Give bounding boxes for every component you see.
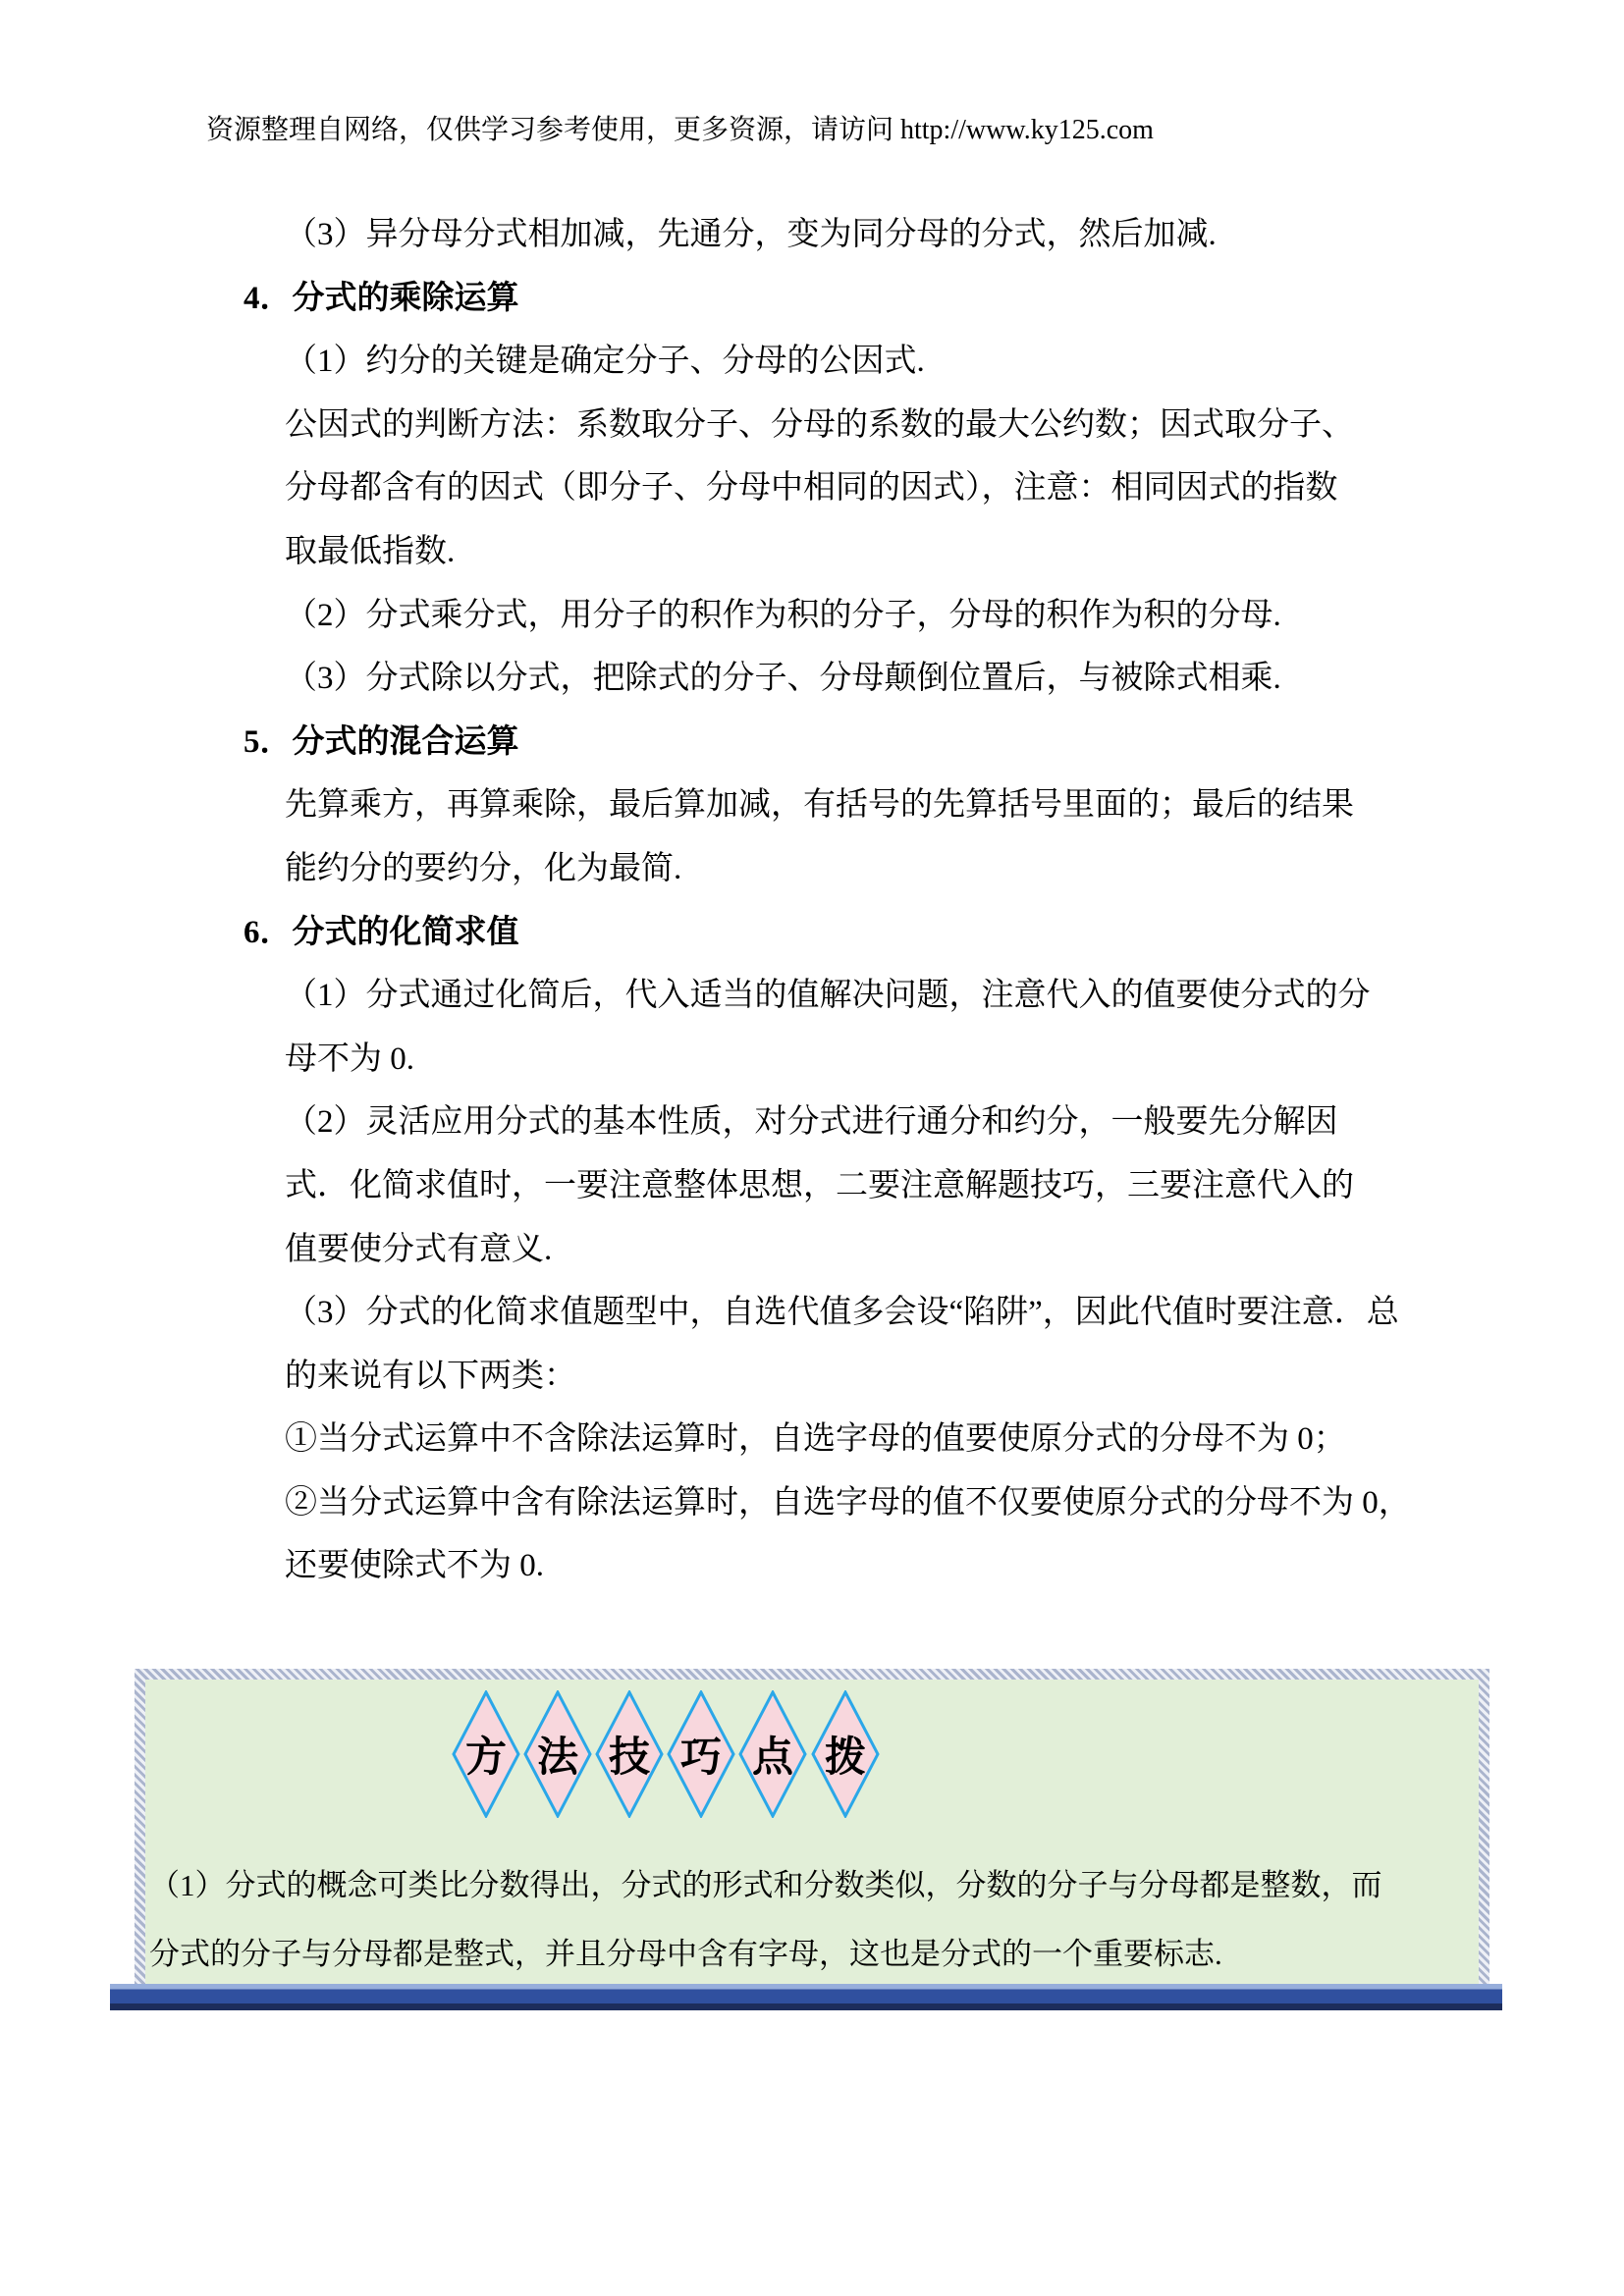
diamond-char: 拨 [811, 1690, 880, 1818]
diamond-shape: 点 [738, 1690, 807, 1818]
doc-line: （3）分式的化简求值题型中，自选代值多会设“陷阱”，因此代值时要注意．总 [244, 1281, 1579, 1345]
doc-line: ②当分式运算中含有除法运算时，自选字母的值不仅要使原分式的分母不为 0， [244, 1471, 1579, 1535]
doc-line: 先算乘方，再算乘除，最后算加减，有括号的先算括号里面的；最后的结果 [244, 774, 1579, 837]
doc-line: （1）分式通过化简后，代入适当的值解决问题，注意代入的值要使分式的分 [244, 964, 1579, 1028]
doc-line: 式．化简求值时，一要注意整体思想，二要注意解题技巧，三要注意代入的 [244, 1154, 1579, 1218]
doc-line: （2）分式乘分式，用分子的积作为积的分子，分母的积作为积的分母. [244, 584, 1579, 648]
diamond-shape: 技 [595, 1690, 664, 1818]
section-heading: 6．分式的化简求值 [244, 901, 1579, 965]
method-box-line: （1）分式的概念可类比分数得出，分式的形式和分数类似，分数的分子与分母都是整数，… [149, 1851, 1485, 1920]
doc-line: ①当分式运算中不含除法运算时，自选字母的值要使原分式的分母不为 0； [244, 1408, 1579, 1471]
doc-line: （2）灵活应用分式的基本性质，对分式进行通分和约分，一般要先分解因 [244, 1091, 1579, 1154]
diamond-char: 法 [523, 1690, 592, 1818]
document-page: { "header": { "text": "资源整理自网络，仅供学习参考使用，… [0, 0, 1624, 2296]
doc-line: 分母都含有的因式（即分子、分母中相同的因式），注意：相同因式的指数 [244, 456, 1579, 520]
doc-line: 值要使分式有意义. [244, 1218, 1579, 1282]
section-heading: 5．分式的混合运算 [244, 711, 1579, 774]
doc-line: 还要使除式不为 0. [244, 1534, 1579, 1598]
diamond-char: 巧 [667, 1690, 735, 1818]
notes-section: （3）异分母分式相加减，先通分，变为同分母的分式，然后加减. 4．分式的乘除运算… [244, 203, 1579, 1598]
doc-line: 母不为 0. [244, 1028, 1579, 1092]
method-box-text: （1）分式的概念可类比分数得出，分式的形式和分数类似，分数的分子与分母都是整数，… [149, 1851, 1485, 1989]
doc-line: 公因式的判断方法：系数取分子、分母的系数的最大公约数；因式取分子、 [244, 394, 1579, 457]
section-heading: 4．分式的乘除运算 [244, 267, 1579, 331]
diamond-shape: 巧 [667, 1690, 735, 1818]
doc-line: 的来说有以下两类： [244, 1345, 1579, 1409]
doc-line: （3）异分母分式相加减，先通分，变为同分母的分式，然后加减. [244, 203, 1579, 267]
doc-line: （3）分式除以分式，把除式的分子、分母颠倒位置后，与被除式相乘. [244, 647, 1579, 711]
doc-line: 能约分的要约分，化为最简. [244, 837, 1579, 901]
doc-line: 取最低指数. [244, 520, 1579, 584]
diamond-char: 点 [738, 1690, 807, 1818]
diamond-shape: 法 [523, 1690, 592, 1818]
method-box-bottom-bar [110, 1984, 1502, 2010]
diamond-shape: 方 [452, 1690, 520, 1818]
diamond-shape: 拨 [811, 1690, 880, 1818]
diamond-char: 技 [595, 1690, 664, 1818]
doc-line: （1）约分的关键是确定分子、分母的公因式. [244, 330, 1579, 394]
diamond-char: 方 [452, 1690, 520, 1818]
method-box-line: 分式的分子与分母都是整式，并且分母中含有字母，这也是分式的一个重要标志. [149, 1920, 1485, 1989]
header-source-note: 资源整理自网络，仅供学习参考使用，更多资源，请访问 http://www.ky1… [206, 114, 1154, 147]
